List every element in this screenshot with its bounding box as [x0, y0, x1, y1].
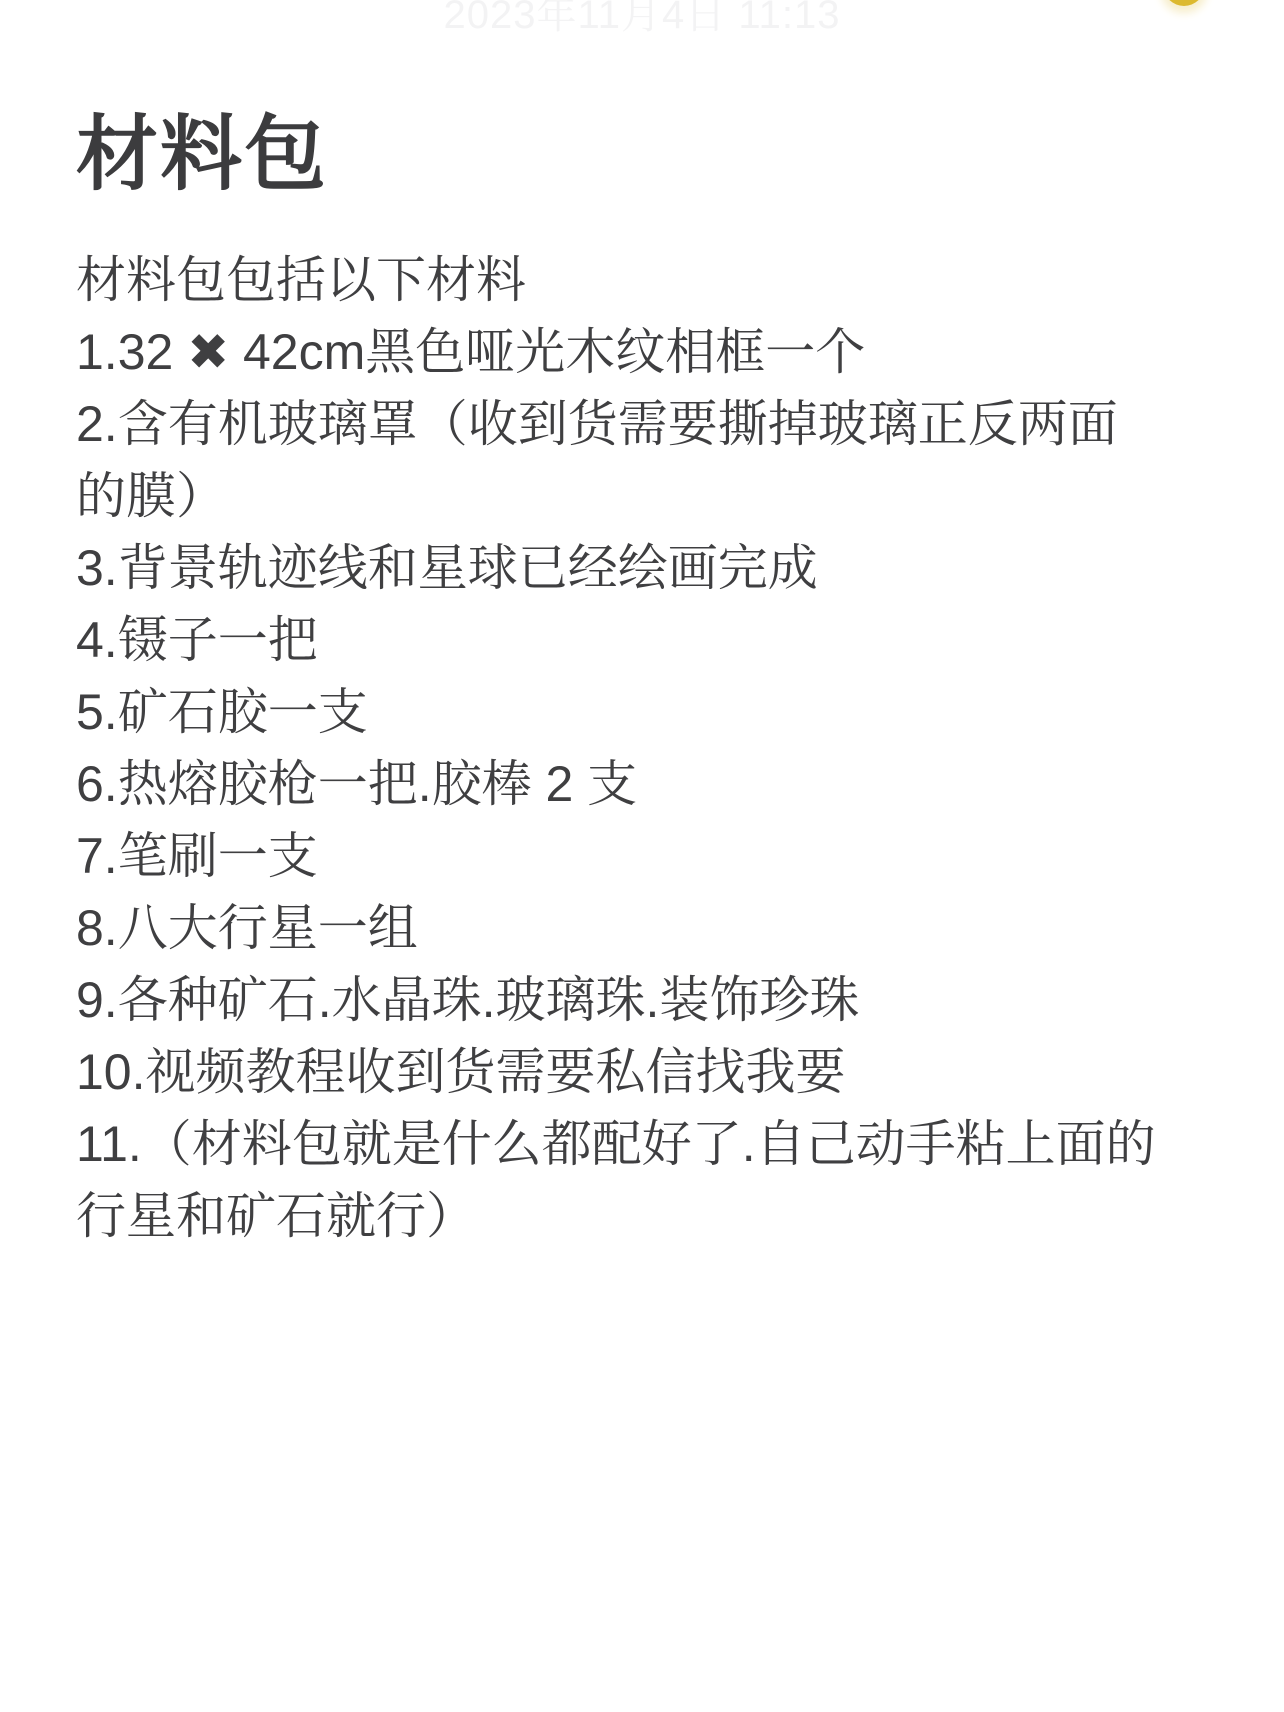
note-text-line: 3.背景轨迹线和星球已经绘画完成 — [76, 532, 1214, 604]
note-page: { "page": { "timestamp": "2023年11月4日 11:… — [0, 0, 1284, 1712]
note-text-line: 4.镊子一把 — [76, 604, 1214, 676]
note-text-line: 11.（材料包就是什么都配好了.自己动手粘上面的 — [76, 1108, 1214, 1180]
note-text-line: 1.32 ✖ 42cm黑色哑光木纹相框一个 — [76, 316, 1214, 388]
note-title[interactable]: 材料包 — [76, 105, 328, 205]
note-text-line: 材料包包括以下材料 — [76, 244, 1214, 316]
note-date-header: 2023年11月4日 11:13 — [0, 0, 1284, 40]
note-text-line: 7.笔刷一支 — [76, 820, 1214, 892]
note-text-line: 5.矿石胶一支 — [76, 676, 1214, 748]
note-text-line: 2.含有机玻璃罩（收到货需要撕掉玻璃正反两面 — [76, 388, 1214, 460]
note-text-line: 6.热熔胶枪一把.胶棒 2 支 — [76, 748, 1214, 820]
note-text-line: 8.八大行星一组 — [76, 892, 1214, 964]
note-text-line: 10.视频教程收到货需要私信找我要 — [76, 1036, 1214, 1108]
note-text-line: 的膜） — [76, 460, 1214, 532]
note-text-line: 行星和矿石就行） — [76, 1180, 1214, 1252]
note-body-text[interactable]: 材料包包括以下材料1.32 ✖ 42cm黑色哑光木纹相框一个2.含有机玻璃罩（收… — [76, 244, 1214, 1252]
note-text-line: 9.各种矿石.水晶珠.玻璃珠.装饰珍珠 — [76, 964, 1214, 1036]
